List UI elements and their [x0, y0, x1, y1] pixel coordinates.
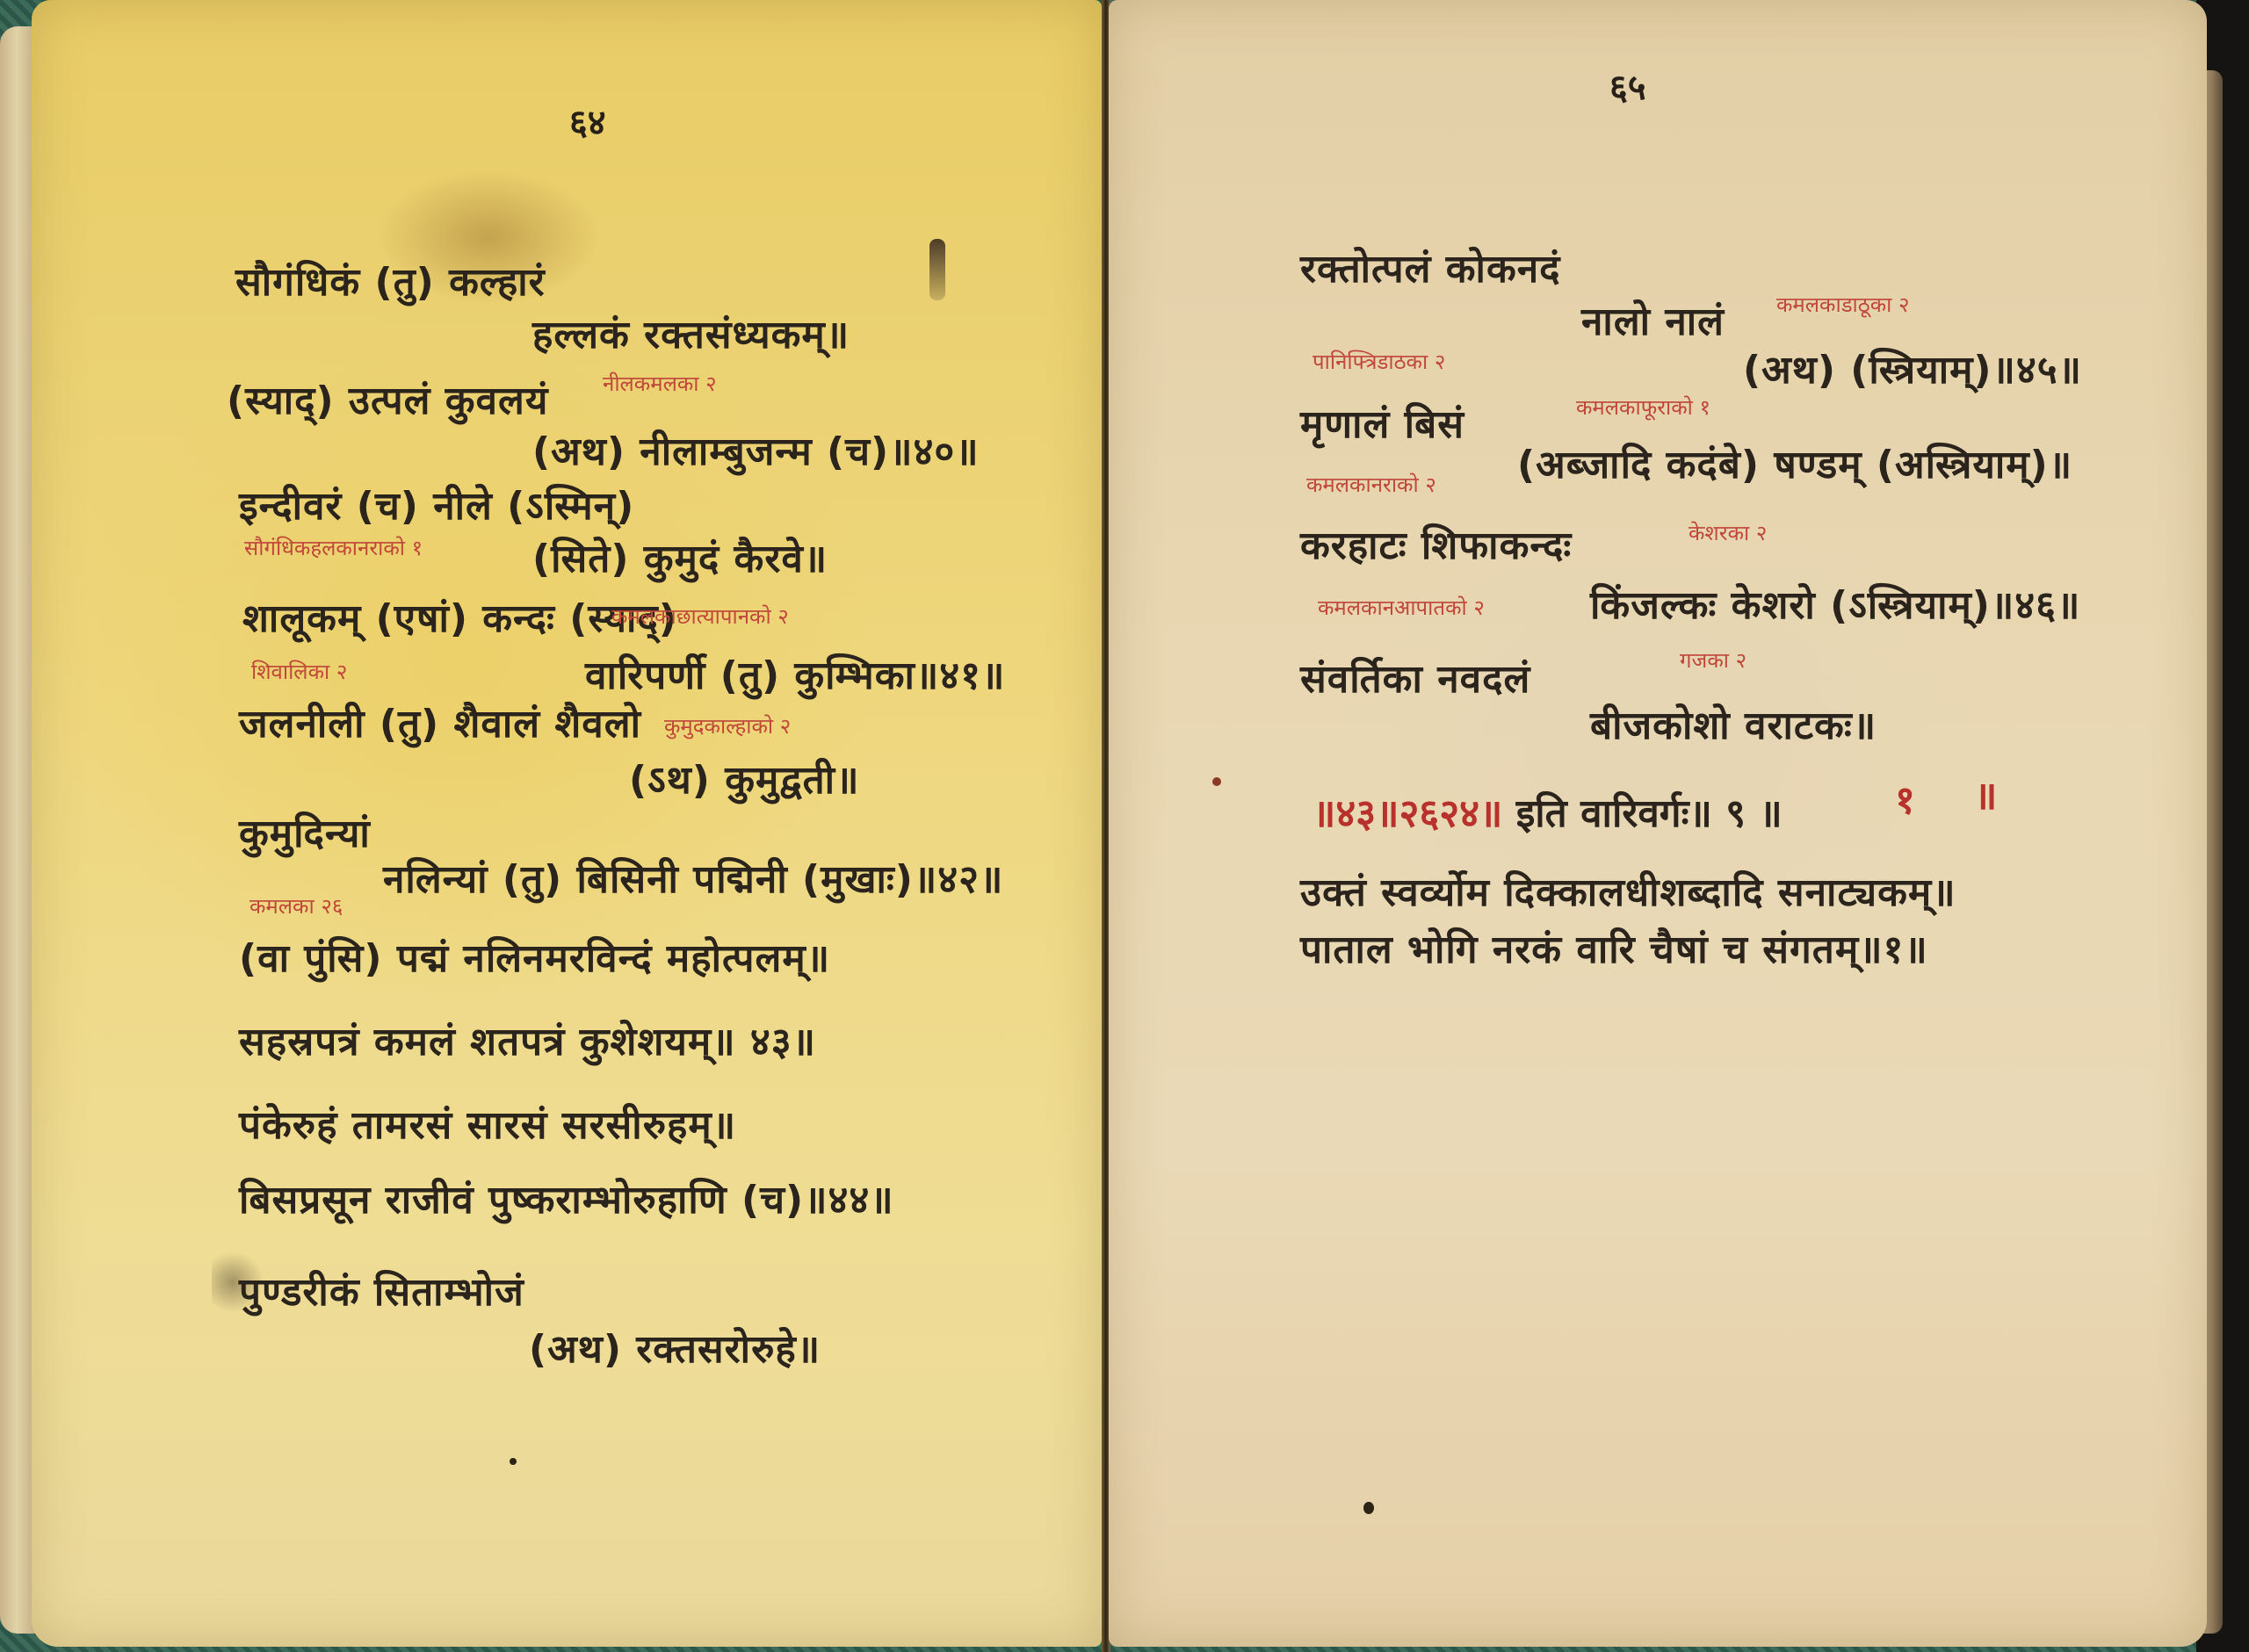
text-line: करहाटः शिफाकन्दः: [1300, 527, 1572, 566]
ink-dot: [1363, 1502, 1374, 1514]
text-line: मृणालं बिसं: [1300, 406, 1464, 444]
red-annotation: कमलकानआपातको २: [1318, 597, 1485, 618]
text-line: बीजकोशो वराटकः॥: [1590, 707, 1877, 746]
text-line: संवर्तिका नवदलं: [1300, 660, 1530, 699]
text-line: किंजल्कः केशरो (ऽस्त्रियाम्)॥४६॥: [1590, 587, 2080, 625]
text-line: (अथ) (स्त्रियाम्)॥४५॥: [1743, 351, 2082, 390]
red-annotation: कमलकाफूराको १: [1576, 397, 1710, 418]
text-line: (सिते) कुमुदं कैरवे॥: [532, 540, 828, 579]
text-line: कुमुदिन्यां: [239, 815, 371, 854]
red-mark: ॥: [1974, 777, 1997, 816]
text-line: सहस्रपत्रं कमलं शतपत्रं कुशेशयम्॥ ४३॥: [239, 1023, 816, 1062]
text-line: नालो नालं: [1581, 303, 1725, 342]
text-line: इन्दीवरं (च) नीले (ऽस्मिन्): [239, 487, 634, 526]
text-line: पंकेरुहं तामरसं सारसं सरसीरुहम्॥: [239, 1107, 736, 1145]
red-annotation: नीलकमलका २: [603, 373, 717, 394]
page-number-left: ६४: [569, 97, 606, 145]
text-line: बिसप्रसून राजीवं पुष्कराम्भोरुहाणि (च)॥४…: [239, 1181, 894, 1220]
text-line: (अथ) रक्तसरोरुहे॥: [529, 1331, 821, 1369]
right-page: ६५ रक्तोत्पलं कोकनदं नालो नालं कमलकाडाठू…: [1109, 0, 2207, 1647]
red-annotation: गजका २: [1680, 650, 1746, 671]
text-line: पुण्डरीकं सिताम्भोजं: [239, 1273, 524, 1312]
text-line: उक्तं स्वर्व्योम दिक्कालधीशब्दादि सनाट्य…: [1300, 874, 1956, 913]
text-line: पाताल भोगि नरकं वारि चैषां च संगतम्॥१॥: [1300, 931, 1928, 970]
red-annotation: कमलकाडाठूका २: [1776, 294, 1909, 315]
verse-count-line: ॥४३॥२६२४॥ इति वारिवर्गः॥ ९ ॥: [1313, 795, 1783, 833]
section-end-text: इति वारिवर्गः॥ ९ ॥: [1516, 791, 1783, 836]
text-line: (अथ) नीलाम्बुजन्म (च)॥४०॥: [532, 433, 980, 472]
text-line: (ऽथ) कुमुद्वती॥: [629, 761, 859, 800]
text-line: हल्लकं रक्तसंध्यकम्॥: [532, 316, 850, 355]
text-line: (अब्जादि कदंबे) षण्डम् (अस्त्रियाम्)॥: [1517, 446, 2072, 485]
red-annotation: पानिफ्त्रिडाठका २: [1313, 351, 1445, 372]
text-line: (वा पुंसि) पद्मं नलिनमरविन्दं महोत्पलम्॥: [239, 940, 830, 978]
verse-count-red: ॥४३॥२६२४॥: [1313, 791, 1502, 836]
red-mark: १: [1895, 782, 1915, 820]
red-annotation: कमलकाछात्यापानको २: [611, 606, 789, 627]
red-annotation: शिवालिका २: [251, 661, 347, 682]
ink-dot: [1212, 777, 1221, 786]
text-line: वारिपर्णी (तु) कुम्भिका॥४१॥: [585, 657, 1005, 696]
page-number-right: ६५: [1609, 61, 1646, 110]
text-line: सौगंधिकं (तु) कल्हारं: [235, 263, 546, 302]
text-line: नलिन्यां (तु) बिसिनी पद्मिनी (मुखाः)॥४२॥: [383, 861, 1003, 899]
left-page: ६४ सौगंधिकं (तु) कल्हारं हल्लकं रक्तसंध्…: [32, 0, 1102, 1647]
red-annotation: सौगंधिकहलकानराको १: [244, 537, 423, 559]
text-line: (स्याद्) उत्पलं कुवलयं: [227, 382, 548, 421]
red-annotation: कमलका २६: [249, 896, 343, 917]
red-annotation: केशरका २: [1689, 523, 1767, 544]
ink-dot: [510, 1458, 517, 1465]
ink-smudge: [929, 239, 945, 300]
text-line: जलनीली (तु) शैवालं शैवलो: [239, 705, 641, 744]
red-annotation: कमलकानराको २: [1306, 474, 1436, 495]
red-annotation: कुमुदकाल्हाको २: [664, 716, 791, 737]
text-line: रक्तोत्पलं कोकनदं: [1300, 250, 1561, 289]
